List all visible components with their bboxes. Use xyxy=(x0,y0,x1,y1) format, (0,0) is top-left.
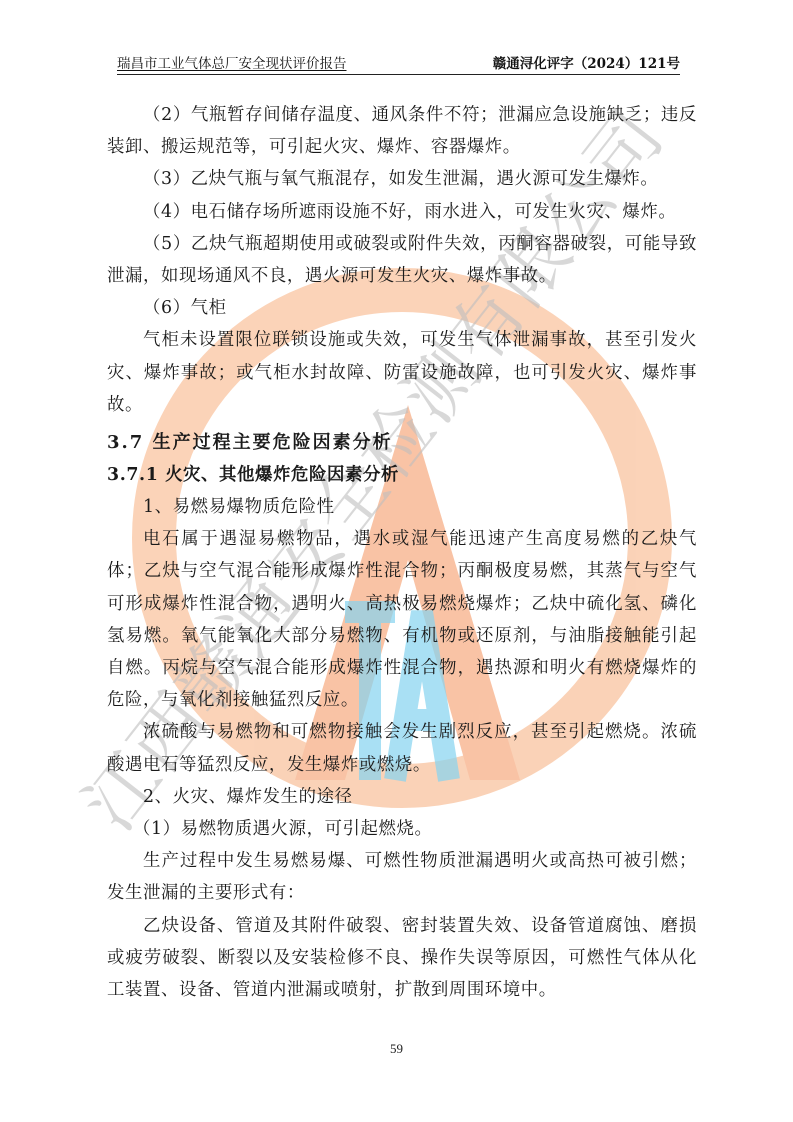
page-header: 瑞昌市工业气体总厂安全现状评价报告 赣通浔化评字（2024）121号 xyxy=(117,52,680,75)
page-number: 59 xyxy=(0,1041,793,1057)
paragraph: （2）气瓶暂存间储存温度、通风条件不符；泄漏应急设施缺乏；违反装卸、搬运规范等，… xyxy=(107,99,697,163)
paragraph: （5）乙炔气瓶超期使用或破裂或附件失效，丙酮容器破裂，可能导致泄漏，如现场通风不… xyxy=(107,228,697,292)
paragraph: 浓硫酸与易燃物和可燃物接触会发生剧烈反应，甚至引起燃烧。浓硫酸遇电石等猛烈反应，… xyxy=(107,716,697,780)
section-heading: 3.7 生产过程主要危险因素分析 xyxy=(107,427,697,459)
paragraph: 2、火灾、爆炸发生的途径 xyxy=(107,781,697,813)
paragraph: 生产过程中发生易燃易爆、可燃性物质泄漏遇明火或高热可被引燃；发生泄漏的主要形式有… xyxy=(107,845,697,909)
paragraph: （6）气柜 xyxy=(107,292,697,324)
paragraph: 电石属于遇湿易燃物品，遇水或湿气能迅速产生高度易燃的乙炔气体；乙炔与空气混合能形… xyxy=(107,523,697,716)
document-page: 江西赣通安全检测有限公司 瑞昌市工业气体总厂安全现状评价报告 赣通浔化评字（20… xyxy=(0,0,793,1122)
paragraph: 1、易燃易爆物质危险性 xyxy=(107,491,697,523)
paragraph: （3）乙炔气瓶与氧气瓶混存，如发生泄漏，遇火源可发生爆炸。 xyxy=(107,163,697,195)
document-body: （2）气瓶暂存间储存温度、通风条件不符；泄漏应急设施缺乏；违反装卸、搬运规范等，… xyxy=(107,99,697,1006)
subsection-heading: 3.7.1 火灾、其他爆炸危险因素分析 xyxy=(107,459,697,491)
paragraph: （4）电石储存场所遮雨设施不好，雨水进入，可发生火灾、爆炸。 xyxy=(107,196,697,228)
paragraph: 气柜未设置限位联锁设施或失效，可发生气体泄漏事故，甚至引发火灾、爆炸事故；或气柜… xyxy=(107,324,697,421)
report-title: 瑞昌市工业气体总厂安全现状评价报告 xyxy=(117,54,347,74)
paragraph: （1）易燃物质遇火源，可引起燃烧。 xyxy=(107,813,697,845)
paragraph: 乙炔设备、管道及其附件破裂、密封装置失效、设备管道腐蚀、磨损或疲劳破裂、断裂以及… xyxy=(107,910,697,1007)
document-number: 赣通浔化评字（2024）121号 xyxy=(493,54,680,74)
